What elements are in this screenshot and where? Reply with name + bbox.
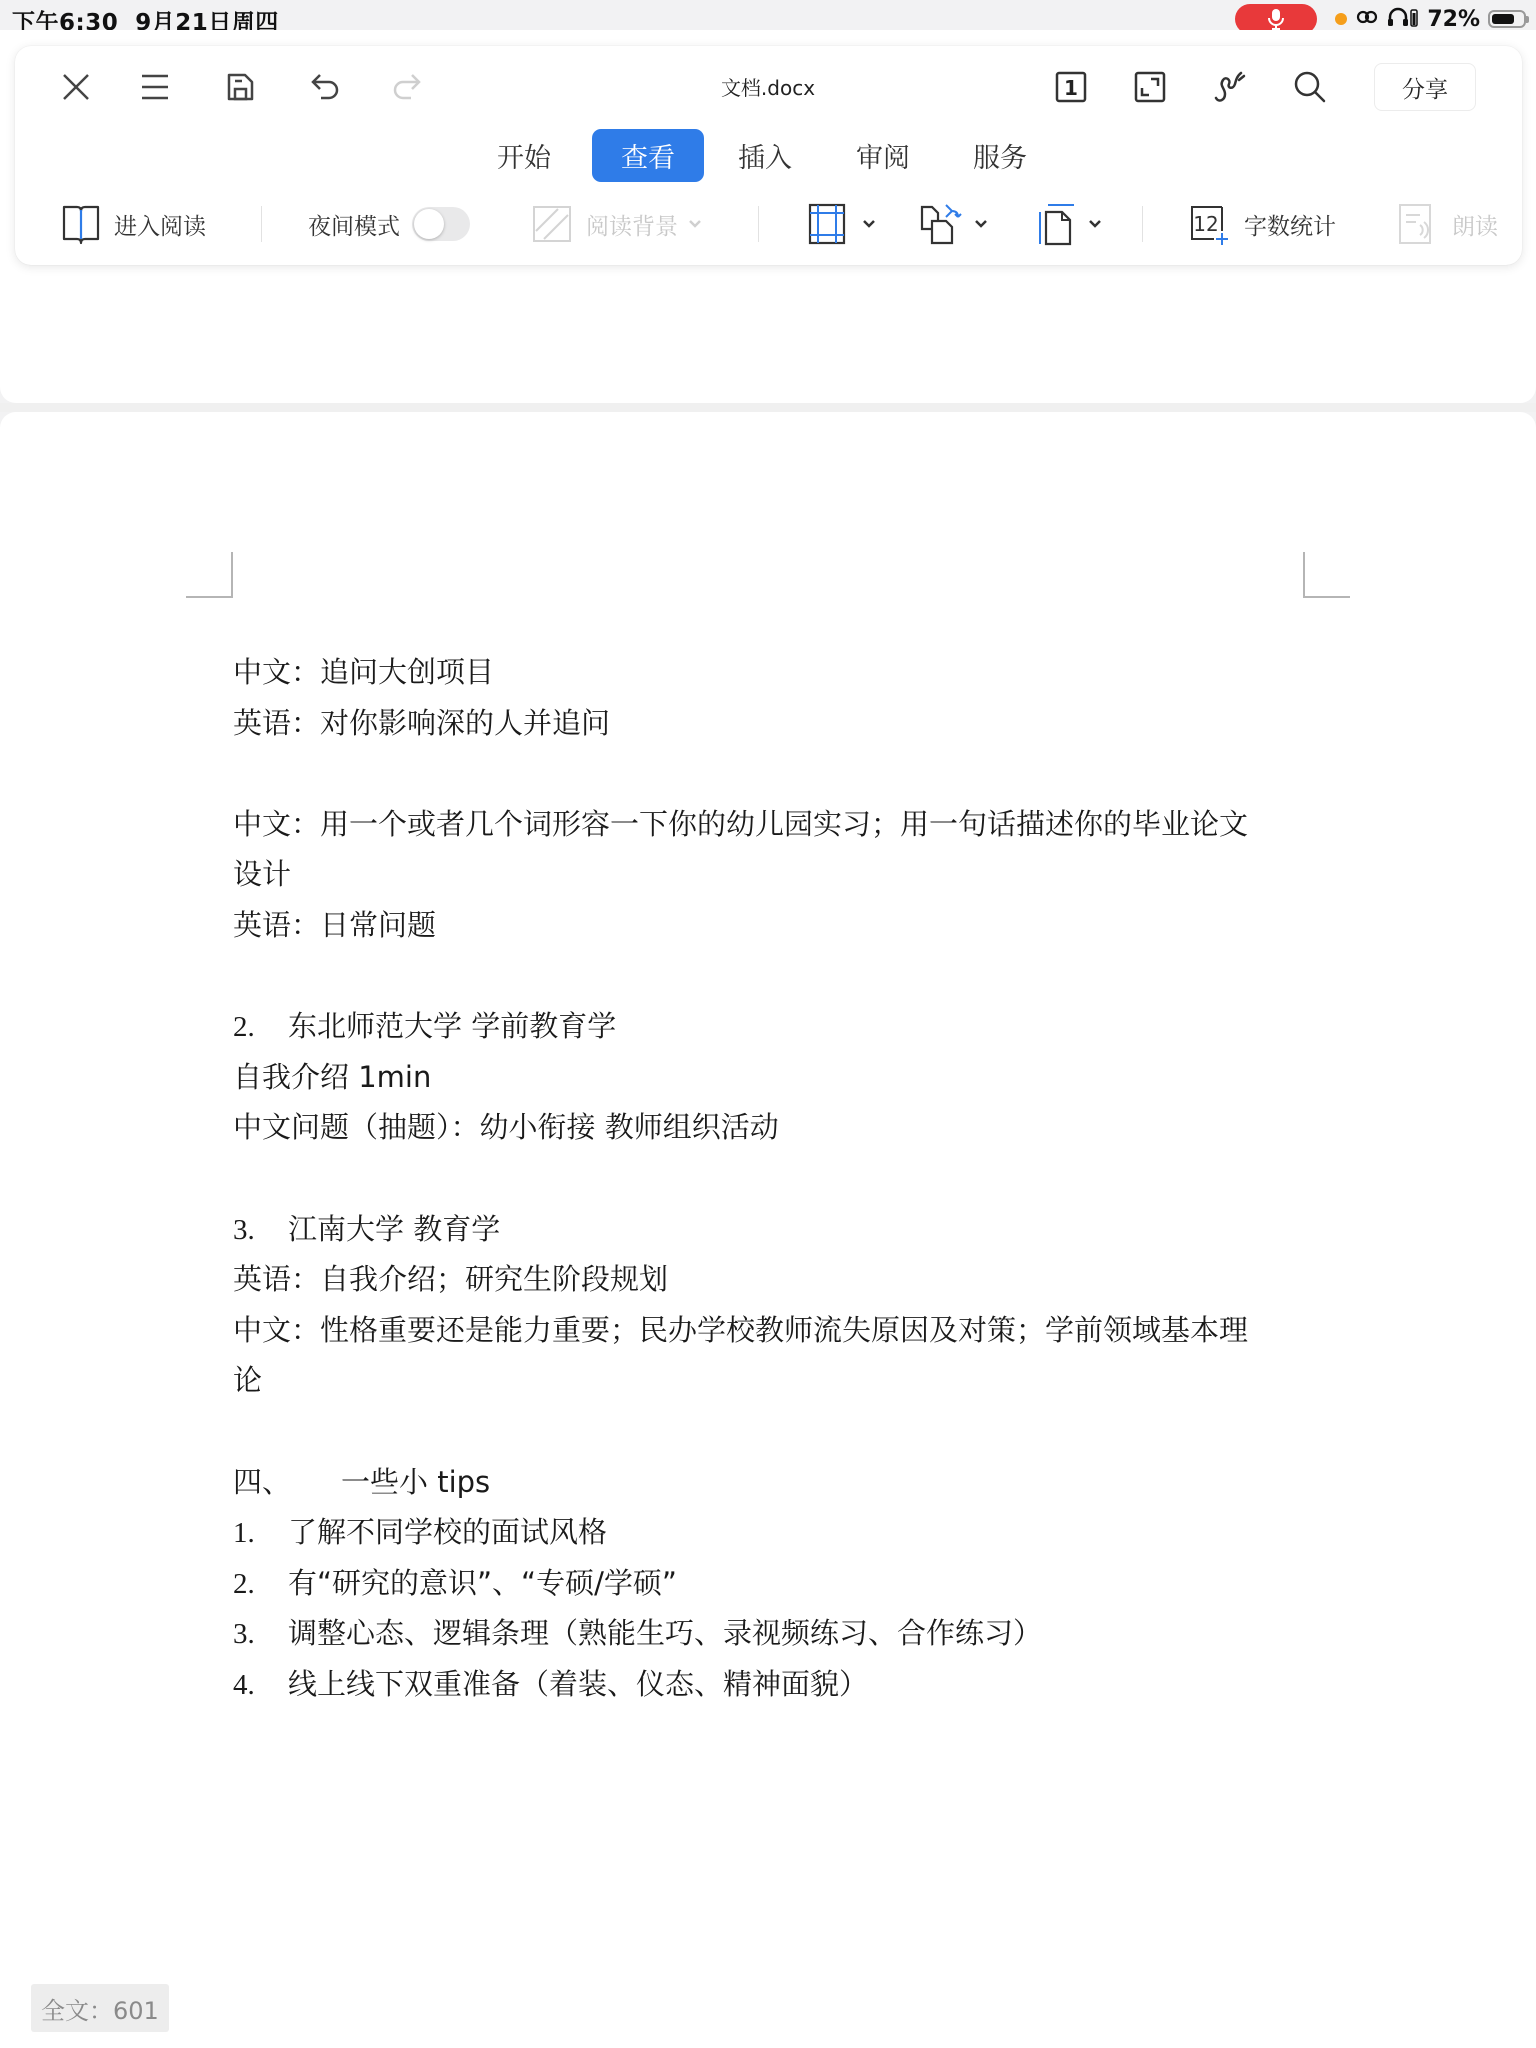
word-count-label: 字数统计 xyxy=(1244,208,1336,241)
redo-icon xyxy=(390,72,422,102)
link-icon xyxy=(1355,9,1379,29)
doc-line: 中文：追问大创项目 xyxy=(233,647,1333,698)
headphones-battery-icon xyxy=(1387,7,1419,31)
night-mode-toggle[interactable] xyxy=(412,207,470,241)
close-icon xyxy=(61,72,91,102)
read-background-label: 阅读背景 xyxy=(586,208,678,241)
orange-dot-indicator xyxy=(1335,13,1347,25)
ink-pen-button[interactable] xyxy=(1208,65,1252,109)
chevron-down-icon xyxy=(974,219,988,229)
page-number-icon: 1 xyxy=(1055,71,1087,103)
ribbon-divider xyxy=(261,206,262,242)
read-aloud-button[interactable]: 朗读 xyxy=(1398,199,1522,249)
doc-list-item: 3.江南大学 教育学 xyxy=(233,1204,1333,1255)
undo-icon xyxy=(310,72,342,102)
word-count-badge[interactable]: 全文：601 xyxy=(31,1984,169,2032)
page-margin-icon xyxy=(1036,202,1076,246)
book-icon xyxy=(62,203,100,245)
document-body[interactable]: 中文：追问大创项目 英语：对你影响深的人并追问 中文：用一个或者几个词形容一下你… xyxy=(233,647,1333,1709)
doc-line: 中文：性格重要还是能力重要；民办学校教师流失原因及对策；学前领域基本理 xyxy=(233,1305,1333,1356)
save-icon xyxy=(225,72,255,102)
table-layout-button[interactable] xyxy=(808,199,876,249)
doc-line: 中文：用一个或者几个词形容一下你的幼儿园实习；用一句话描述你的毕业论文 xyxy=(233,799,1333,850)
doc-line: 设计 xyxy=(233,849,1333,900)
read-aloud-icon xyxy=(1398,203,1436,245)
tab-start[interactable]: 开始 xyxy=(492,129,556,182)
tab-insert[interactable]: 插入 xyxy=(733,129,797,182)
page-number-button[interactable]: 1 xyxy=(1049,65,1093,109)
night-mode-label: 夜间模式 xyxy=(308,208,400,241)
page-margin-button[interactable] xyxy=(1036,199,1102,249)
doc-list-item: 1.了解不同学校的面试风格 xyxy=(233,1507,1333,1558)
tab-review[interactable]: 审阅 xyxy=(851,129,915,182)
doc-list-item: 2.有“研究的意识”、“专硕/学硕” xyxy=(233,1558,1333,1609)
read-background-button[interactable]: 阅读背景 xyxy=(532,199,702,249)
chevron-down-icon xyxy=(1088,219,1102,229)
doc-heading: 四、一些小 tips xyxy=(233,1457,1333,1508)
word-count-button[interactable]: 12 字数统计 xyxy=(1188,199,1336,249)
doc-line: 自我介绍 1min xyxy=(233,1052,1333,1103)
redo-button[interactable] xyxy=(384,65,428,109)
blank-line xyxy=(233,1406,1333,1457)
word-count-icon: 12 xyxy=(1188,203,1230,245)
search-button[interactable] xyxy=(1288,65,1332,109)
blank-line xyxy=(233,748,1333,799)
tab-services[interactable]: 服务 xyxy=(968,129,1032,182)
svg-text:1: 1 xyxy=(1064,76,1078,100)
page-gap xyxy=(0,403,1536,412)
grid-layout-icon xyxy=(808,203,846,245)
fullscreen-button[interactable] xyxy=(1128,65,1172,109)
doc-line: 英语：对你影响深的人并追问 xyxy=(233,698,1333,749)
page-corner-mark-right xyxy=(1302,552,1350,600)
blank-line xyxy=(233,951,1333,1002)
undo-button[interactable] xyxy=(304,65,348,109)
page-corner-mark-left xyxy=(186,552,234,600)
doc-line: 英语：自我介绍；研究生阶段规划 xyxy=(233,1254,1333,1305)
page-orientation-button[interactable] xyxy=(920,199,988,249)
ribbon-divider xyxy=(1142,206,1143,242)
close-button[interactable] xyxy=(54,65,98,109)
menu-icon xyxy=(140,72,170,102)
search-icon xyxy=(1293,70,1327,104)
read-background-icon xyxy=(532,205,572,243)
ink-pen-icon xyxy=(1213,70,1247,104)
save-button[interactable] xyxy=(218,65,262,109)
battery-icon xyxy=(1488,10,1526,28)
enter-reading-button[interactable]: 进入阅读 xyxy=(62,199,206,249)
doc-line: 英语：日常问题 xyxy=(233,900,1333,951)
night-mode-control: 夜间模式 xyxy=(308,199,470,249)
document-title: 文档.docx xyxy=(700,72,836,101)
battery-percent: 72% xyxy=(1427,7,1480,32)
doc-list-item: 4.线上线下双重准备（着装、仪态、精神面貌） xyxy=(233,1659,1333,1710)
doc-list-item: 2.东北师范大学 学前教育学 xyxy=(233,1001,1333,1052)
chevron-down-icon xyxy=(688,219,702,229)
svg-text:12: 12 xyxy=(1193,212,1218,236)
chevron-down-icon xyxy=(862,219,876,229)
doc-list-item: 3.调整心态、逻辑条理（熟能生巧、录视频练习、合作练习） xyxy=(233,1608,1333,1659)
doc-line: 中文问题（抽题）：幼小衔接 教师组织活动 xyxy=(233,1102,1333,1153)
ribbon-divider xyxy=(758,206,759,242)
read-aloud-label: 朗读 xyxy=(1452,208,1498,241)
page-rotate-icon xyxy=(920,203,962,245)
share-button[interactable]: 分享 xyxy=(1374,63,1476,111)
doc-line: 论 xyxy=(233,1355,1333,1406)
tab-view[interactable]: 查看 xyxy=(592,129,704,182)
menu-button[interactable] xyxy=(133,65,177,109)
blank-line xyxy=(233,1153,1333,1204)
fullscreen-icon xyxy=(1134,71,1166,103)
enter-reading-label: 进入阅读 xyxy=(114,208,206,241)
